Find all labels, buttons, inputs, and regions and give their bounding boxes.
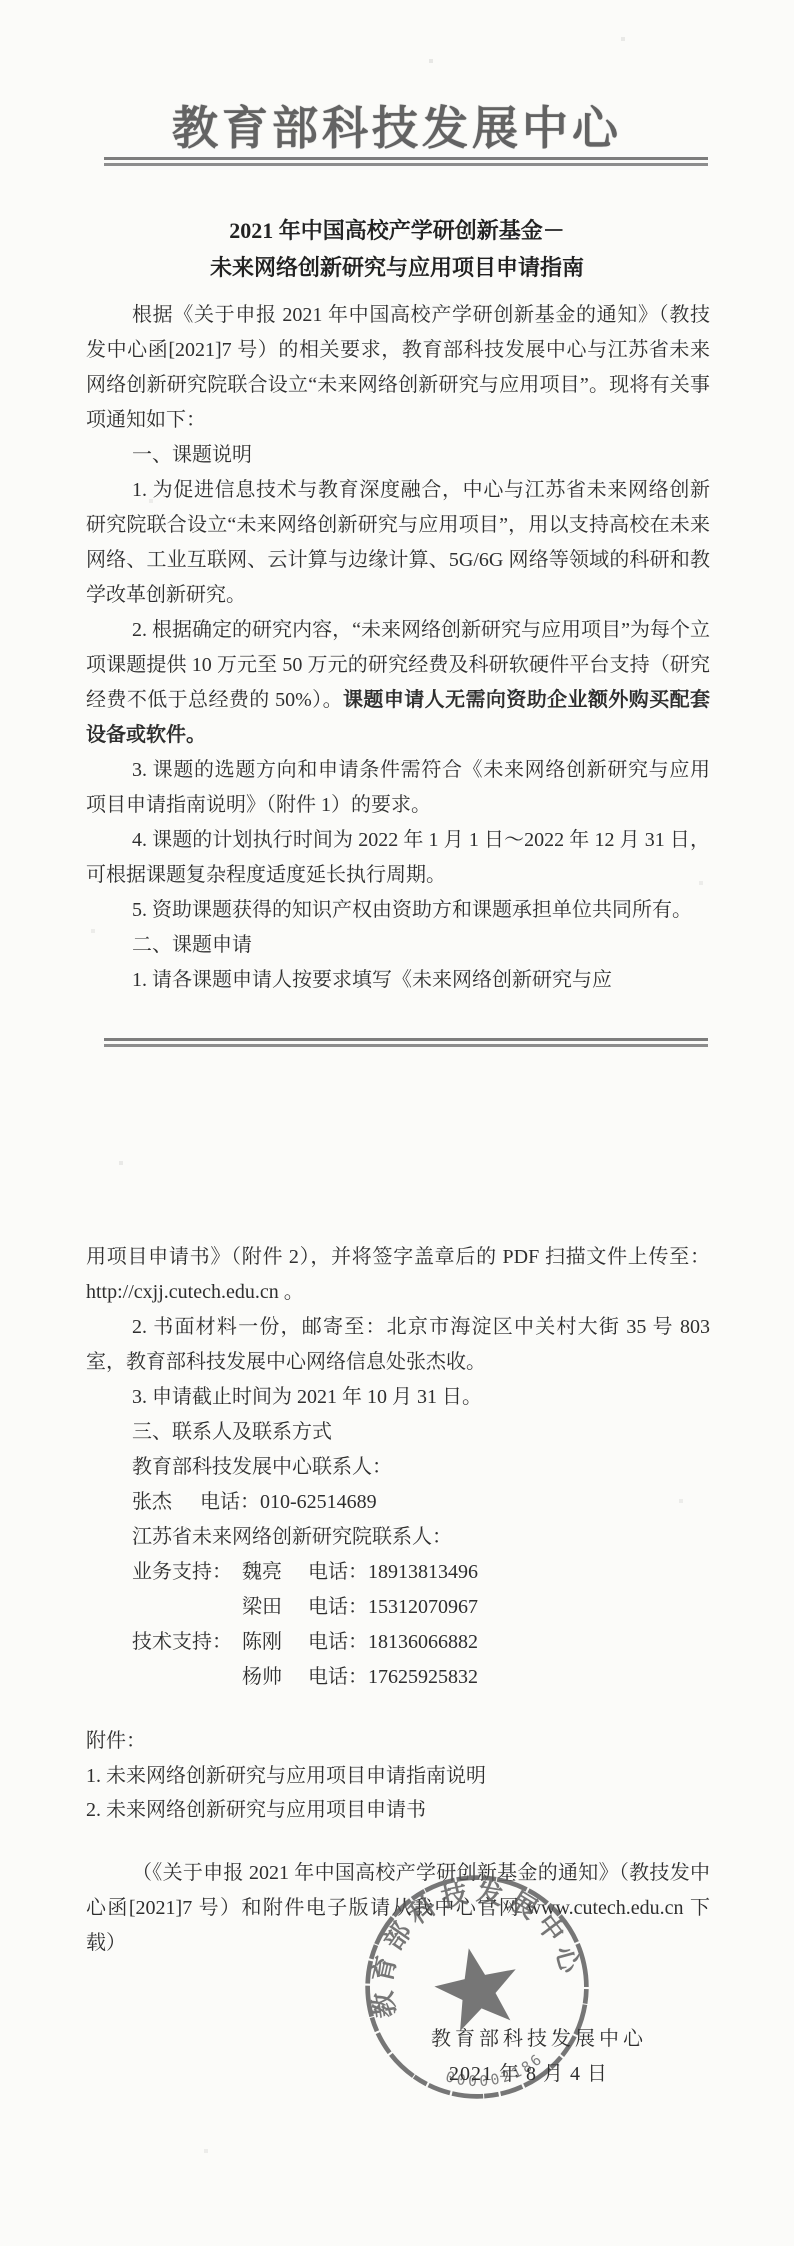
- official-seal-stamp: 教育部科技发展中心 000002186: [329, 1839, 626, 2136]
- contact-row-tech-2: 杨帅 电话： 17625925832: [86, 1660, 710, 1695]
- contact-name: 梁田: [242, 1590, 308, 1625]
- page1-body: 根据《关于申报 2021 年中国高校产学研创新基金的通知》（教技发中心函[202…: [86, 298, 710, 998]
- seal-star-icon: [428, 1940, 526, 2035]
- section1-heading: 一、课题说明: [86, 438, 710, 473]
- section3-heading: 三、联系人及联系方式: [86, 1415, 710, 1450]
- section2-item1-part2: 用项目申请书》（附件 2），并将签字盖章后的 PDF 扫描文件上传至：http:…: [86, 1240, 710, 1310]
- phone-label: 电话：: [308, 1625, 368, 1660]
- letterhead-rule: [104, 157, 708, 166]
- attachment-item-2: 2. 未来网络创新研究与应用项目申请书: [86, 1793, 710, 1828]
- phone-number: 18136066882: [368, 1625, 478, 1660]
- document-title-line1: 2021 年中国高校产学研创新基金－: [0, 212, 794, 249]
- phone-label: 电话：: [308, 1555, 368, 1590]
- section2-item2: 2. 书面材料一份，邮寄至：北京市海淀区中关村大街 35 号 803 室，教育部…: [86, 1310, 710, 1380]
- phone-label: 电话：: [308, 1660, 368, 1695]
- section1-item3: 3. 课题的选题方向和申请条件需符合《未来网络创新研究与应用项目申请指南说明》（…: [86, 753, 710, 823]
- contact-name: 杨帅: [242, 1660, 308, 1695]
- document-title-line2: 未来网络创新研究与应用项目申请指南: [0, 249, 794, 286]
- page2-body: 用项目申请书》（附件 2），并将签字盖章后的 PDF 扫描文件上传至：http:…: [86, 1240, 710, 1695]
- contact-role: 业务支持：: [132, 1555, 242, 1590]
- phone-number: 15312070967: [368, 1590, 478, 1625]
- section2-item3: 3. 申请截止时间为 2021 年 10 月 31 日。: [86, 1380, 710, 1415]
- scan-noise-specks: [0, 0, 2, 2]
- contact-role: 技术支持：: [132, 1625, 242, 1660]
- contact-name: 魏亮: [242, 1555, 308, 1590]
- section1-item2: 2. 根据确定的研究内容，“未来网络创新研究与应用项目”为每个立项课题提供 10…: [86, 613, 710, 753]
- contact-name: 张杰: [132, 1485, 200, 1520]
- section1-item4: 4. 课题的计划执行时间为 2022 年 1 月 1 日～2022 年 12 月…: [86, 823, 710, 893]
- document-title: 2021 年中国高校产学研创新基金－ 未来网络创新研究与应用项目申请指南: [0, 212, 794, 286]
- contact-name: 陈刚: [242, 1625, 308, 1660]
- section2-item1-part1: 1. 请各课题申请人按要求填写《未来网络创新研究与应: [86, 963, 710, 998]
- institute-contact-label: 江苏省未来网络创新研究院联系人：: [86, 1520, 710, 1555]
- phone-label: 电话：: [200, 1485, 260, 1520]
- contact-row-business-1: 业务支持： 魏亮 电话： 18913813496: [86, 1555, 710, 1590]
- section2-heading: 二、课题申请: [86, 928, 710, 963]
- attachments-block: 附件： 1. 未来网络创新研究与应用项目申请指南说明 2. 未来网络创新研究与应…: [86, 1724, 710, 1828]
- letterhead-org-name: 教育部科技发展中心: [0, 92, 794, 158]
- contact-role: [132, 1590, 242, 1625]
- attachment-item-1: 1. 未来网络创新研究与应用项目申请指南说明: [86, 1759, 710, 1794]
- intro-paragraph: 根据《关于申报 2021 年中国高校产学研创新基金的通知》（教技发中心函[202…: [86, 298, 710, 438]
- phone-number: 18913813496: [368, 1555, 478, 1590]
- signature-org-name: 教育部科技发展中心: [431, 2022, 647, 2051]
- section1-item1: 1. 为促进信息技术与教育深度融合，中心与江苏省未来网络创新研究院联合设立“未来…: [86, 473, 710, 613]
- page1-footer-rule: [104, 1038, 708, 1047]
- section1-item5: 5. 资助课题获得的知识产权由资助方和课题承担单位共同所有。: [86, 893, 710, 928]
- scanned-document-page: 教育部科技发展中心 2021 年中国高校产学研创新基金－ 未来网络创新研究与应用…: [0, 0, 794, 2246]
- phone-label: 电话：: [308, 1590, 368, 1625]
- phone-number: 010-62514689: [260, 1485, 377, 1520]
- signature-date: 2021 年 8 月 4 日: [449, 2057, 608, 2086]
- contact-role: [132, 1660, 242, 1695]
- contact-row-business-2: 梁田 电话： 15312070967: [86, 1590, 710, 1625]
- contact-row-zhangjie: 张杰 电话： 010-62514689: [86, 1485, 710, 1520]
- attachments-label: 附件：: [86, 1724, 710, 1759]
- center-contact-label: 教育部科技发展中心联系人：: [86, 1450, 710, 1485]
- phone-number: 17625925832: [368, 1660, 478, 1695]
- contact-row-tech-1: 技术支持： 陈刚 电话： 18136066882: [86, 1625, 710, 1660]
